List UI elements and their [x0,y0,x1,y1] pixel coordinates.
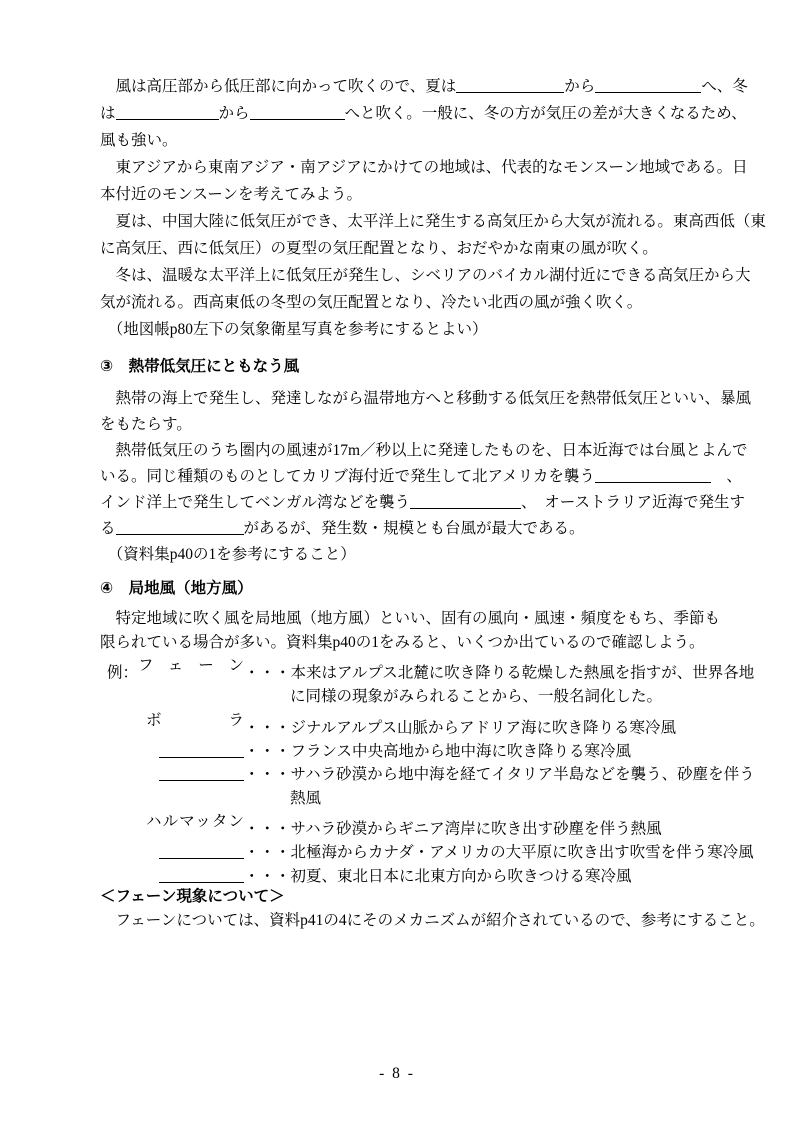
text-run: 限られている場合が多い。資料集p40の1をみると、いくつか出ているので確認しよう… [100,634,705,651]
text-line: 冬は、温暖な太平洋上に低気圧が発生し、シベリアのバイカル湖付近にできる高気圧から… [100,262,764,289]
text-run: 特定地域に吹く風を局地風（地方風）といい、固有の風向・風速・頻度をもち、季節も [100,610,720,627]
text-line: ・・・北極海からカナダ・アメリカの大平原に吹き出す吹雪を伴う寒冷風 [100,841,764,865]
text-run: 風も強い。 [100,132,178,149]
text-run: 冬は、温暖な太平洋上に低気圧が発生し、シベリアのバイカル湖付近にできる高気圧から… [100,267,751,284]
wind-name: ボ ラ [146,709,244,733]
text-run: 夏は、中国大陸に低気圧ができ、太平洋上に発生する高気圧から大気が流れる。東高西低… [100,213,766,230]
text-run: 気が流れる。西高東低の冬型の気圧配置となり、冷たい北西の風が強く吹く。 [100,294,642,311]
text-line: 風も強い。 [100,127,764,154]
text-line: はからへと吹く。一般に、冬の方が気圧の差が大きくなるため、 [100,100,764,127]
text-line: ・・・フランス中央高地から地中海に吹き降りる寒冷風 [100,740,764,764]
text-line: 夏は、中国大陸に低気圧ができ、太平洋上に発生する高気圧から大気が流れる。東高西低… [100,208,764,235]
text-run: （地図帳p80左下の気象衛星写真を参考にするとよい） [100,321,488,338]
fill-in-blank [410,493,521,509]
text-line: 特定地域に吹く風を局地風（地方風）といい、固有の風向・風速・頻度をもち、季節も [100,607,764,631]
text-run: ③ 熱帯低気圧にともなう風 [100,358,299,375]
text-line: ＜フェーン現象について＞ [100,883,764,910]
text-line: に高気圧、西に低気圧）の夏型の気圧配置となり、おだやかな南東の風が吹く。 [100,235,764,262]
text-line: 気が流れる。西高東低の冬型の気圧配置となり、冷たい北西の風が強く吹く。 [100,289,764,316]
spacer [100,755,159,756]
paragraph: 熱帯の海上で発生し、発達しながら温帯地方へと移動する低気圧を熱帯低気圧といい、暴… [100,386,764,568]
spacer [100,833,146,834]
section-heading: ④ 局地風（地方風） [100,575,764,602]
text-run: 熱帯低気圧のうち圏内の風速が17m／秒以上に発達したものを、日本近海では台風とよ… [100,442,748,459]
spacer [100,880,159,881]
text-line: 風は高圧部から低圧部に向かって吹くので、夏はからへ、冬 [100,73,764,100]
text-run: 例： [107,665,138,682]
text-run: （資料集p40の1を参考にすること） [100,546,356,563]
text-line: ボ ラ・・・ジナルアルプス山脈からアドリア海に吹き降りる寒冷風 [100,709,764,740]
spacer [100,856,159,857]
text-run: ・・・初夏、東北日本に北東方向から吹きつける寒冷風 [244,868,632,885]
spacer [100,778,159,779]
text-line: 例：フェーン・・・本来はアルプス北麓に吹き降りる乾燥した熱風を指すが、世界各地 [100,654,764,685]
text-run: ④ 局地風（地方風） [100,580,253,597]
document-page: 風は高圧部から低圧部に向かって吹くので、夏はからへ、冬はからへと吹く。一般に、冬… [0,0,794,1123]
text-run: ・・・サハラ砂漠からギニア湾岸に吹き出す砂塵を伴う熱風 [244,821,662,838]
text-run: る [100,520,116,537]
text-run: は [100,105,116,122]
wind-name: ハルマッタン [146,810,244,834]
text-line: （資料集p40の1を参考にすること） [100,542,764,568]
text-line: 限られている場合が多い。資料集p40の1をみると、いくつか出ているので確認しよう… [100,631,764,655]
text-run: があるが、発生数・規模とも台風が最大である。 [244,520,585,537]
text-line: ③ 熱帯低気圧にともなう風 [100,353,764,380]
fill-in-blank [116,519,244,535]
text-line: いる。同じ種類のものとしてカリブ海付近で発生して北アメリカを襲う 、 [100,464,764,490]
text-run: ・・・フランス中央高地から地中海に吹き降りる寒冷風 [244,743,631,760]
paragraph: 東アジアから東南アジア・南アジアにかけての地域は、代表的なモンスーン地域である。… [100,154,764,208]
page-number: - 8 - [0,1064,794,1084]
paragraph: 夏は、中国大陸に低気圧ができ、太平洋上に発生する高気圧から大気が流れる。東高西低… [100,208,764,343]
text-run: インド洋上で発生してベンガル湾などを襲う [100,494,410,511]
fill-in-blank [116,104,219,120]
text-run: に高気圧、西に低気圧）の夏型の気圧配置となり、おだやかな南東の風が吹く。 [100,240,658,257]
text-run: 熱風 [290,790,321,807]
text-line: ④ 局地風（地方風） [100,575,764,602]
spacer [100,731,146,732]
text-line: ハルマッタン・・・サハラ砂漠からギニア湾岸に吹き出す砂塵を伴う熱風 [100,810,764,841]
text-run: に同様の現象がみられることから、一般名詞化した。 [290,688,662,705]
text-line: 熱帯の海上で発生し、発達しながら温帯地方へと移動する低気圧を熱帯低気圧といい、暴… [100,386,764,412]
section-heading: ＜フェーン現象について＞ [100,883,764,910]
fill-in-blank [456,77,564,93]
fill-in-blank [159,742,244,758]
text-run: 東アジアから東南アジア・南アジアにかけての地域は、代表的なモンスーン地域である。… [100,159,748,176]
text-line: ・・・サハラ砂漠から地中海を経てイタリア半島などを襲う、砂塵を伴う [100,763,764,787]
text-line: 東アジアから東南アジア・南アジアにかけての地域は、代表的なモンスーン地域である。… [100,154,764,181]
text-line: に同様の現象がみられることから、一般名詞化した。 [100,685,764,709]
paragraph: 特定地域に吹く風を局地風（地方風）といい、固有の風向・風速・頻度をもち、季節も限… [100,607,764,888]
text-run: 熱帯の海上で発生し、発達しながら温帯地方へと移動する低気圧を熱帯低気圧といい、暴… [100,390,751,407]
text-run: から [219,105,250,122]
fill-in-blank [159,765,244,781]
text-run: 、 オーストラリア近海で発生す [521,494,745,511]
text-line: フェーンについては、資料p41の4にそのメカニズムが紹介されているので、参考にす… [100,907,764,934]
text-run: ・・・ジナルアルプス山脈からアドリア海に吹き降りる寒冷風 [244,719,676,736]
text-run: から [564,78,595,95]
text-run: ・・・本来はアルプス北麓に吹き降りる乾燥した熱風を指すが、世界各地 [244,665,754,682]
text-run: 、 [711,468,742,485]
text-run: ＜フェーン現象について＞ [100,888,285,905]
wind-name: フェーン [138,654,244,678]
text-run: へと吹く。一般に、冬の方が気圧の差が大きくなるため、 [345,105,747,122]
text-line: 本付近のモンスーンを考えてみよう。 [100,181,764,208]
text-line: （地図帳p80左下の気象衛星写真を参考にするとよい） [100,316,764,343]
text-run: ・・・北極海からカナダ・アメリカの大平原に吹き出す吹雪を伴う寒冷風 [244,844,754,861]
paragraph: 風は高圧部から低圧部に向かって吹くので、夏はからへ、冬はからへと吹く。一般に、冬… [100,73,764,154]
fill-in-blank [250,104,345,120]
fill-in-blank [595,467,711,483]
text-line: るがあるが、発生数・規模とも台風が最大である。 [100,516,764,542]
text-line: 熱帯低気圧のうち圏内の風速が17m／秒以上に発達したものを、日本近海では台風とよ… [100,438,764,464]
spacer [100,677,107,678]
fill-in-blank [159,843,244,859]
text-line: をもたらす。 [100,412,764,438]
spacer [100,700,290,701]
text-line: インド洋上で発生してベンガル湾などを襲う、 オーストラリア近海で発生す [100,490,764,516]
text-run: 風は高圧部から低圧部に向かって吹くので、夏は [100,78,456,95]
text-run: フェーンについては、資料p41の4にそのメカニズムが紹介されているので、参考にす… [100,912,765,929]
text-run: ・・・サハラ砂漠から地中海を経てイタリア半島などを襲う、砂塵を伴う [244,766,755,783]
section-heading: ③ 熱帯低気圧にともなう風 [100,353,764,380]
text-line: 熱風 [100,787,764,811]
text-run: へ、冬 [701,78,748,95]
text-run: 本付近のモンスーンを考えてみよう。 [100,186,362,203]
spacer [100,802,290,803]
paragraph: フェーンについては、資料p41の4にそのメカニズムが紹介されているので、参考にす… [100,907,764,934]
fill-in-blank [595,77,701,93]
fill-in-blank [159,867,244,883]
text-run: いる。同じ種類のものとしてカリブ海付近で発生して北アメリカを襲う [100,468,595,485]
text-run: をもたらす。 [100,416,192,433]
